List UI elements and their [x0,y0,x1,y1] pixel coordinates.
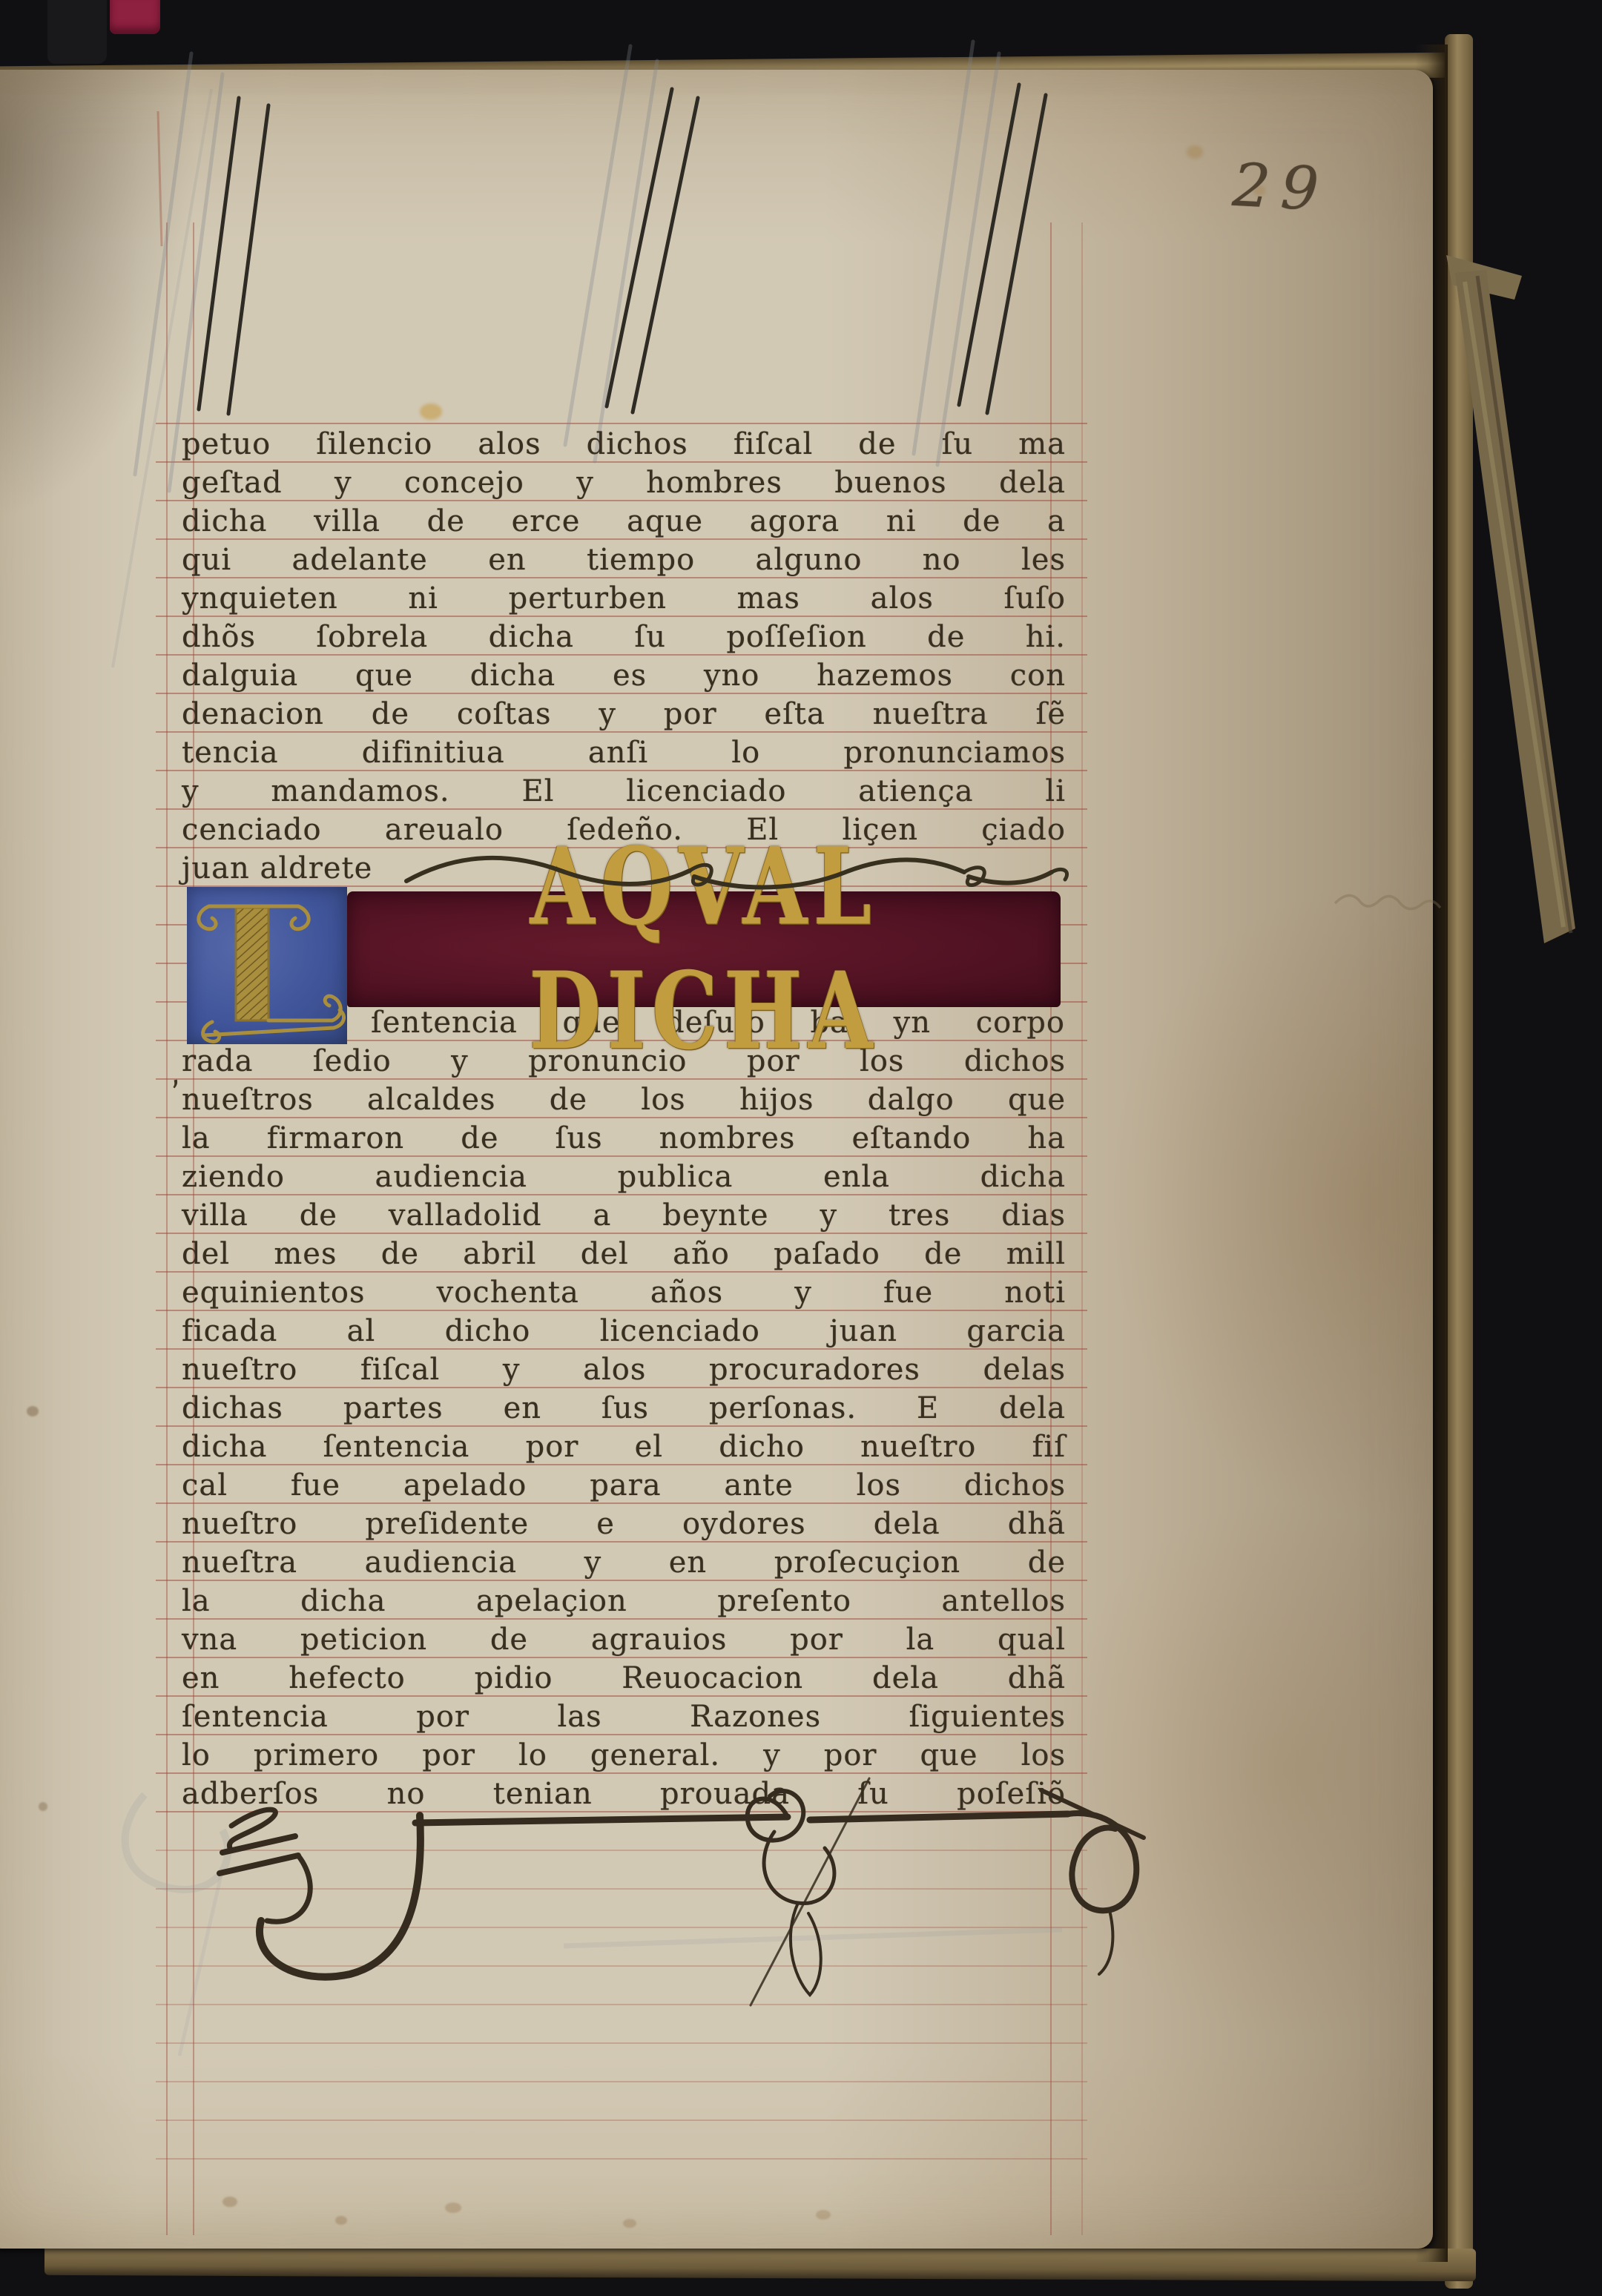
rubric-bar-right [810,1814,1068,1820]
rubric-flourishes [0,0,1602,2296]
rubric-bar-left [415,1817,788,1823]
manuscript-photo: 29 petuo ſilencio alos dichos fiſcal de … [0,0,1602,2296]
